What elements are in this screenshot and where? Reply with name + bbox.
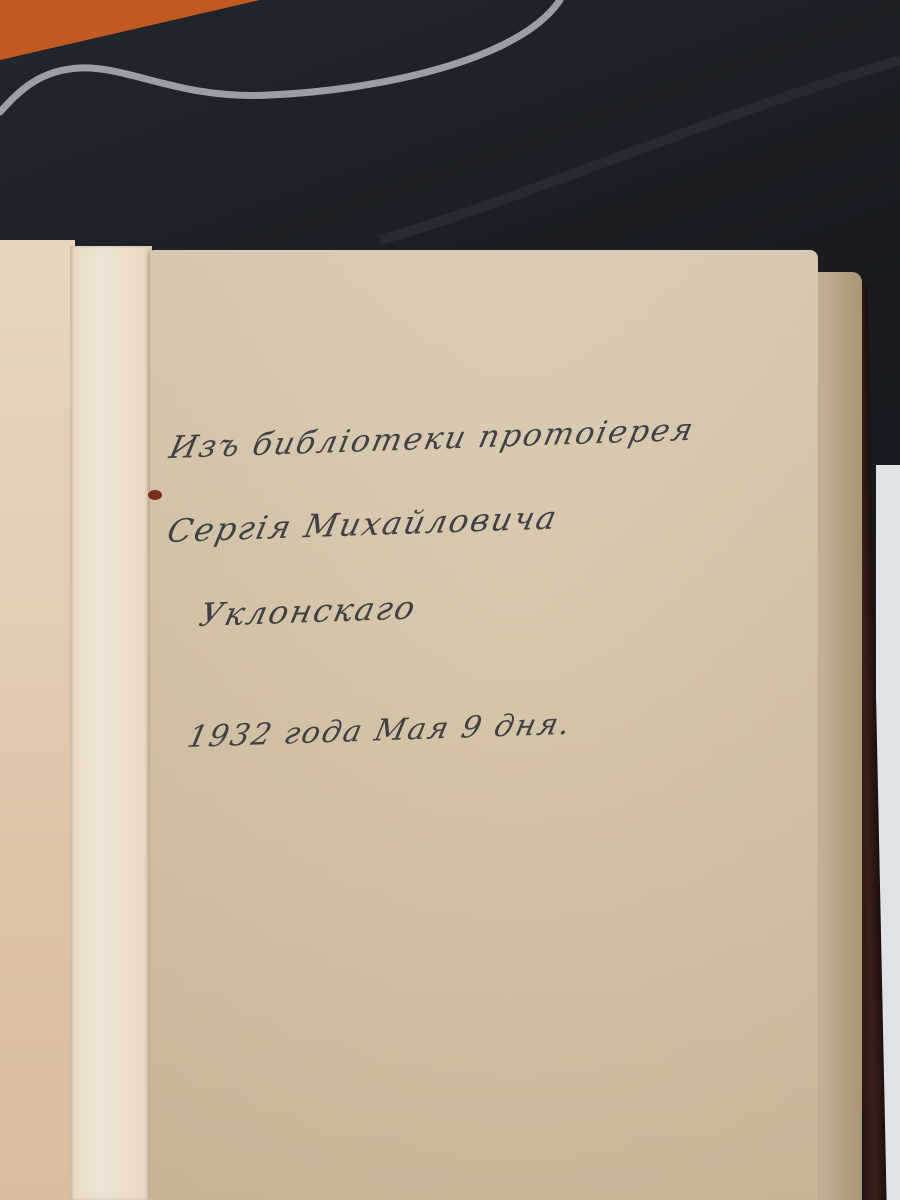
cable-icon bbox=[0, 0, 900, 250]
photo-scene: Изъ библiотеки протоiерея Сергiя Михайло… bbox=[0, 0, 900, 1200]
inscription-line-surname: Уклонскаго bbox=[196, 589, 420, 634]
inscription-line-library: Изъ библiотеки протоiерея bbox=[166, 412, 698, 466]
inscription-line-name: Сергiя Михайловича bbox=[164, 499, 562, 550]
left-page bbox=[0, 240, 75, 1200]
gutter-strip bbox=[70, 246, 152, 1200]
inscription-line-date: 1932 года Мая 9 дня. bbox=[184, 707, 575, 755]
handwritten-inscription: Изъ библiотеки протоiерея Сергiя Михайло… bbox=[150, 250, 818, 1200]
